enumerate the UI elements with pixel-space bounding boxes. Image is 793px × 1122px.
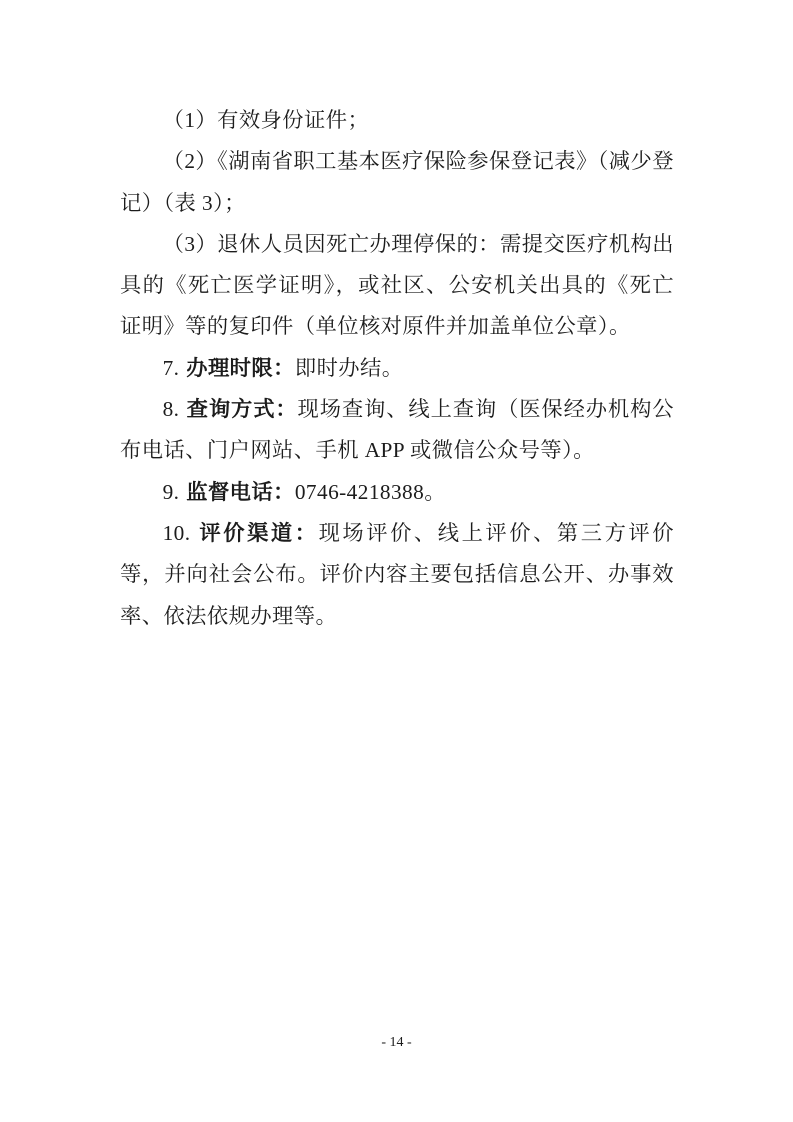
item-label: 查询方式：: [186, 397, 297, 421]
paragraph-text: （3）退休人员因死亡办理停保的：需提交医疗机构出具的《死亡医学证明》，或社区、公…: [120, 232, 674, 339]
paragraph-text: （2）《湖南省职工基本医疗保险参保登记表》（减少登记）（表 3）；: [120, 149, 674, 214]
paragraph-text: 0746-4218388。: [295, 480, 446, 504]
page-number: - 14 -: [381, 1035, 411, 1050]
item-number: 7.: [163, 356, 180, 380]
document-page: （1）有效身份证件； （2）《湖南省职工基本医疗保险参保登记表》（减少登记）（表…: [0, 0, 793, 1122]
paragraph-item-7: 7.办理时限：即时办结。: [120, 348, 674, 389]
item-number: 10.: [163, 521, 191, 545]
item-label: 评价渠道：: [197, 521, 318, 545]
paragraph-text: 即时办结。: [295, 356, 404, 380]
paragraph-item-8: 8.查询方式：现场查询、线上查询（医保经办机构公布电话、门户网站、手机 APP …: [120, 389, 674, 472]
paragraph-item-9: 9.监督电话：0746-4218388。: [120, 472, 674, 513]
paragraph-item-3: （3）退休人员因死亡办理停保的：需提交医疗机构出具的《死亡医学证明》，或社区、公…: [120, 224, 674, 348]
document-body: （1）有效身份证件； （2）《湖南省职工基本医疗保险参保登记表》（减少登记）（表…: [120, 100, 674, 637]
paragraph-item-1: （1）有效身份证件；: [120, 100, 674, 141]
item-number: 9.: [163, 480, 180, 504]
item-number: 8.: [163, 397, 180, 421]
item-label: 监督电话：: [186, 480, 295, 504]
page-footer: - 14 -: [0, 1034, 793, 1052]
paragraph-item-2: （2）《湖南省职工基本医疗保险参保登记表》（减少登记）（表 3）；: [120, 141, 674, 224]
paragraph-text: （1）有效身份证件；: [163, 108, 370, 132]
item-label: 办理时限：: [186, 356, 295, 380]
paragraph-item-10: 10.评价渠道：现场评价、线上评价、第三方评价等，并向社会公布。评价内容主要包括…: [120, 513, 674, 637]
